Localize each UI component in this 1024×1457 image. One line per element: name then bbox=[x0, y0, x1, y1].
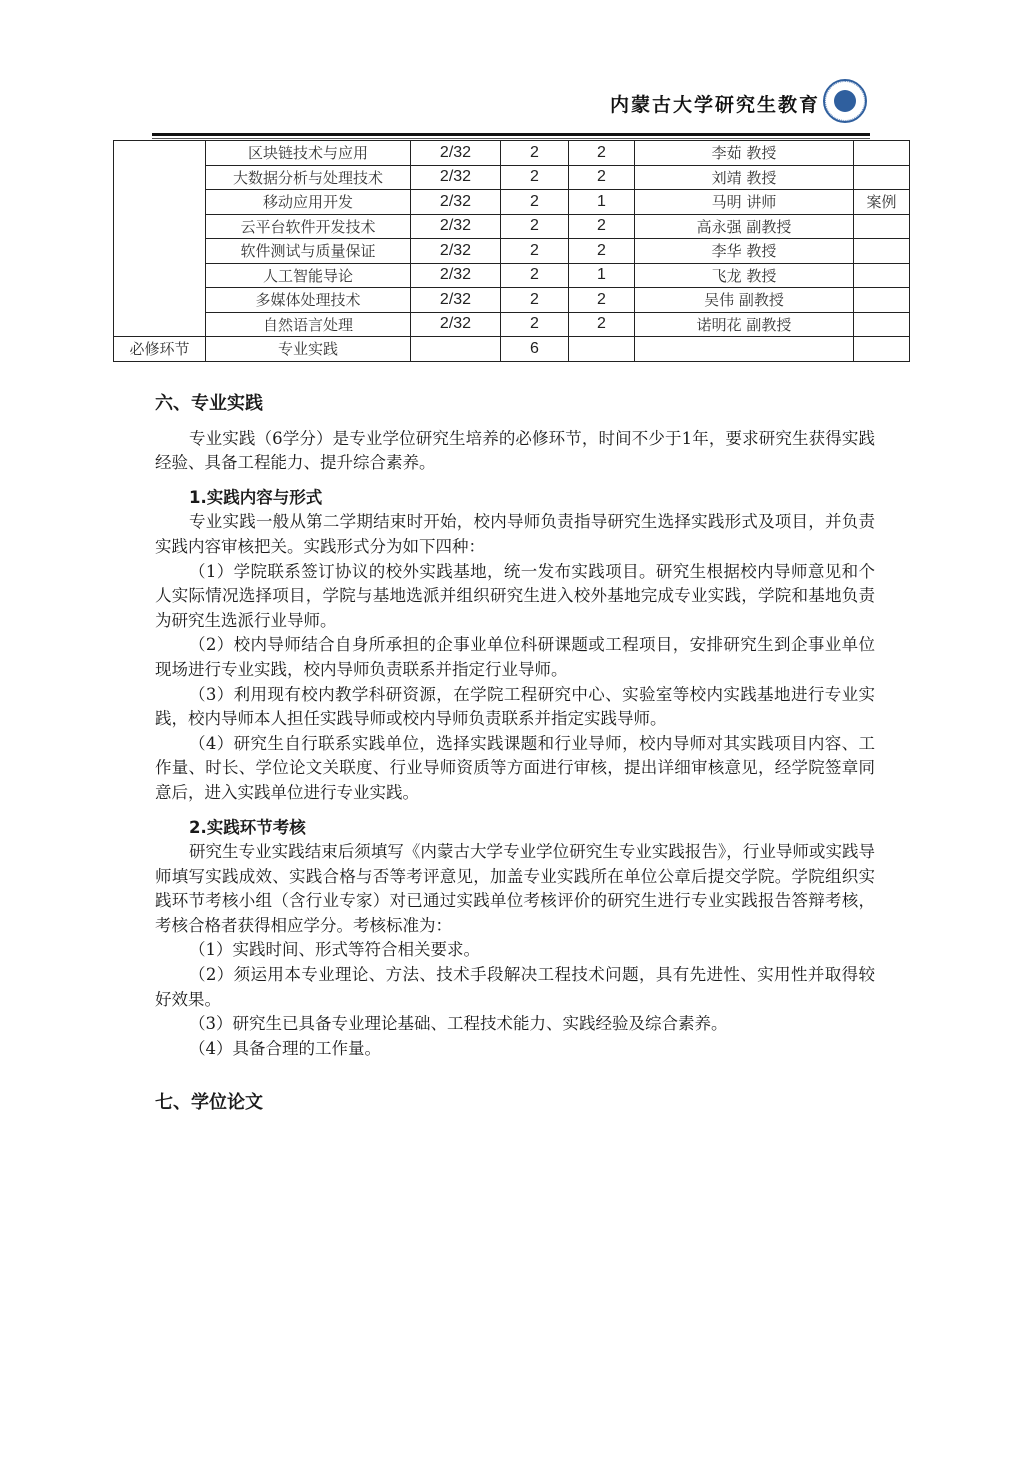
hours: 2/32 bbox=[411, 239, 501, 264]
course-table: 区块链技术与应用 2/32 2 2 李茹 教授 大数据分析与处理技术 2/32 … bbox=[113, 140, 910, 362]
credits: 2 bbox=[501, 312, 569, 337]
note bbox=[854, 337, 910, 362]
credits: 2 bbox=[501, 263, 569, 288]
hours: 2/32 bbox=[411, 190, 501, 215]
header-rule-thin bbox=[152, 138, 870, 139]
note bbox=[854, 165, 910, 190]
table-row: 云平台软件开发技术 2/32 2 2 高永强 副教授 bbox=[114, 214, 910, 239]
course-name: 云平台软件开发技术 bbox=[206, 214, 411, 239]
practice-form-item: （3）利用现有校内教学科研资源，在学院工程研究中心、实验室等校内实践基地进行专业… bbox=[155, 683, 875, 732]
teacher: 高永强 副教授 bbox=[635, 214, 854, 239]
course-name: 移动应用开发 bbox=[206, 190, 411, 215]
table-row: 人工智能导论 2/32 2 1 飞龙 教授 bbox=[114, 263, 910, 288]
table-row-required: 必修环节 专业实践 6 bbox=[114, 337, 910, 362]
course-name: 自然语言处理 bbox=[206, 312, 411, 337]
credits: 2 bbox=[501, 190, 569, 215]
hours: 2/32 bbox=[411, 165, 501, 190]
course-name: 人工智能导论 bbox=[206, 263, 411, 288]
credits: 2 bbox=[501, 165, 569, 190]
semester: 1 bbox=[569, 263, 635, 288]
teacher: 飞龙 教授 bbox=[635, 263, 854, 288]
assessment-criterion: （3）研究生已具备专业理论基础、工程技术能力、实践经验及综合素养。 bbox=[155, 1012, 875, 1037]
seal-center bbox=[834, 90, 856, 112]
hours: 2/32 bbox=[411, 288, 501, 313]
assessment-criterion: （4）具备合理的工作量。 bbox=[155, 1037, 875, 1062]
subsection-1-title: 1.实践内容与形式 bbox=[155, 486, 875, 511]
note bbox=[854, 141, 910, 166]
teacher: 吴伟 副教授 bbox=[635, 288, 854, 313]
hours: 2/32 bbox=[411, 214, 501, 239]
hours bbox=[411, 337, 501, 362]
teacher: 李茹 教授 bbox=[635, 141, 854, 166]
note bbox=[854, 263, 910, 288]
note bbox=[854, 312, 910, 337]
hours: 2/32 bbox=[411, 141, 501, 166]
section-7-title: 七、学位论文 bbox=[155, 1091, 875, 1116]
semester: 2 bbox=[569, 165, 635, 190]
teacher: 马明 讲师 bbox=[635, 190, 854, 215]
category-cell: 必修环节 bbox=[114, 337, 206, 362]
practice-form-item: （4）研究生自行联系实践单位，选择实践课题和行业导师，校内导师对其实践项目内容、… bbox=[155, 732, 875, 806]
credits: 2 bbox=[501, 288, 569, 313]
table-row: 软件测试与质量保证 2/32 2 2 李华 教授 bbox=[114, 239, 910, 264]
semester bbox=[569, 337, 635, 362]
practice-form-item: （1）学院联系签订协议的校外实践基地，统一发布实践项目。研究生根据校内导师意见和… bbox=[155, 560, 875, 634]
document-body: 六、专业实践 专业实践（6学分）是专业学位研究生培养的必修环节，时间不少于1年，… bbox=[155, 392, 875, 1116]
credits: 6 bbox=[501, 337, 569, 362]
note: 案例 bbox=[854, 190, 910, 215]
course-name: 多媒体处理技术 bbox=[206, 288, 411, 313]
teacher: 李华 教授 bbox=[635, 239, 854, 264]
university-seal-icon bbox=[823, 79, 867, 123]
practice-form-item: （2）校内导师结合自身所承担的企事业单位科研课题或工程项目，安排研究生到企事业单… bbox=[155, 633, 875, 682]
assessment-criterion: （1）实践时间、形式等符合相关要求。 bbox=[155, 938, 875, 963]
header-title: 内蒙古大学研究生教育 bbox=[610, 90, 820, 117]
teacher: 刘靖 教授 bbox=[635, 165, 854, 190]
table-row: 自然语言处理 2/32 2 2 诺明花 副教授 bbox=[114, 312, 910, 337]
semester: 1 bbox=[569, 190, 635, 215]
subsection-2-paragraph: 研究生专业实践结束后须填写《内蒙古大学专业学位研究生专业实践报告》，行业导师或实… bbox=[155, 840, 875, 938]
note bbox=[854, 214, 910, 239]
header-rule bbox=[152, 133, 870, 136]
semester: 2 bbox=[569, 214, 635, 239]
course-name: 软件测试与质量保证 bbox=[206, 239, 411, 264]
credits: 2 bbox=[501, 141, 569, 166]
assessment-criterion: （2）须运用本专业理论、方法、技术手段解决工程技术问题，具有先进性、实用性并取得… bbox=[155, 963, 875, 1012]
semester: 2 bbox=[569, 312, 635, 337]
page-header: 内蒙古大学研究生教育 bbox=[0, 0, 1024, 140]
section-6-intro: 专业实践（6学分）是专业学位研究生培养的必修环节，时间不少于1年，要求研究生获得… bbox=[155, 427, 875, 476]
table-row: 区块链技术与应用 2/32 2 2 李茹 教授 bbox=[114, 141, 910, 166]
note bbox=[854, 288, 910, 313]
teacher bbox=[635, 337, 854, 362]
subsection-1-paragraph: 专业实践一般从第二学期结束时开始，校内导师负责指导研究生选择实践形式及项目，并负… bbox=[155, 510, 875, 559]
course-name: 专业实践 bbox=[206, 337, 411, 362]
subsection-2-title: 2.实践环节考核 bbox=[155, 816, 875, 841]
table-row: 大数据分析与处理技术 2/32 2 2 刘靖 教授 bbox=[114, 165, 910, 190]
semester: 2 bbox=[569, 288, 635, 313]
credits: 2 bbox=[501, 239, 569, 264]
teacher: 诺明花 副教授 bbox=[635, 312, 854, 337]
course-name: 区块链技术与应用 bbox=[206, 141, 411, 166]
course-name: 大数据分析与处理技术 bbox=[206, 165, 411, 190]
table-row: 多媒体处理技术 2/32 2 2 吴伟 副教授 bbox=[114, 288, 910, 313]
category-cell bbox=[114, 141, 206, 337]
hours: 2/32 bbox=[411, 263, 501, 288]
section-6-title: 六、专业实践 bbox=[155, 392, 875, 417]
hours: 2/32 bbox=[411, 312, 501, 337]
semester: 2 bbox=[569, 141, 635, 166]
note bbox=[854, 239, 910, 264]
semester: 2 bbox=[569, 239, 635, 264]
credits: 2 bbox=[501, 214, 569, 239]
table-row: 移动应用开发 2/32 2 1 马明 讲师 案例 bbox=[114, 190, 910, 215]
